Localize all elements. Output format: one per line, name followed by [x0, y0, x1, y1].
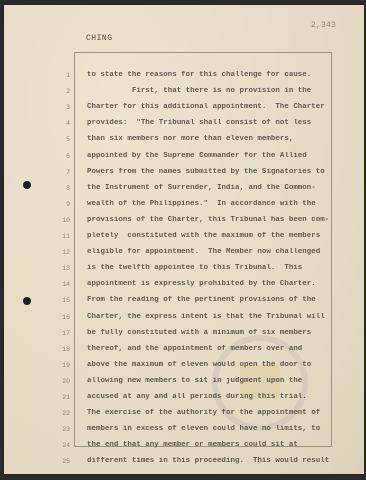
- transcript-line: different times in this proceeding. This…: [87, 457, 329, 465]
- transcript-line: provisions of the Charter, this Tribunal…: [87, 216, 329, 224]
- transcript-line: pletely constituted with the maximum of …: [87, 232, 320, 240]
- transcript-line: wealth of the Philippines." In accordanc…: [87, 200, 316, 208]
- line-number: 20: [54, 378, 70, 385]
- line-number: 1: [54, 72, 70, 79]
- line-number: 7: [54, 169, 70, 176]
- line-number: 18: [54, 346, 70, 353]
- transcript-line: eligible for appointment. The Member now…: [87, 248, 320, 256]
- transcript-line: accused at any and all periods during th…: [87, 393, 307, 401]
- line-number: 11: [54, 233, 70, 240]
- line-number: 17: [54, 330, 70, 337]
- line-number: 13: [54, 265, 70, 272]
- line-number: 3: [54, 104, 70, 111]
- line-number: 16: [54, 314, 70, 321]
- transcript-line: thereof, and the appointment of members …: [87, 345, 302, 353]
- transcript-line: is the twelfth appointee to this Tribuna…: [87, 264, 302, 272]
- line-number: 14: [54, 281, 70, 288]
- transcript-line: appointed by the Supreme Commander for t…: [87, 152, 307, 160]
- line-number: 5: [54, 136, 70, 143]
- line-number: 21: [54, 394, 70, 401]
- line-number: 8: [54, 185, 70, 192]
- line-number: 2: [54, 88, 70, 95]
- line-number: 23: [54, 426, 70, 433]
- transcript-line: the end that any member or members could…: [87, 441, 298, 449]
- punch-hole-icon: [23, 297, 31, 305]
- transcript-line: the Instrument of Surrender, India, and …: [87, 184, 316, 192]
- transcript-line: Charter for this additional appointment.…: [87, 103, 325, 111]
- transcript-line: allowing new members to sit in judgment …: [87, 377, 302, 385]
- line-number: 24: [54, 442, 70, 449]
- transcript-line: The exercise of the authority for the ap…: [87, 409, 320, 417]
- line-number: 25: [54, 458, 70, 465]
- transcript-line: provides: "The Tribunal shall consist of…: [87, 119, 311, 127]
- line-number: 19: [54, 362, 70, 369]
- line-number: 12: [54, 249, 70, 256]
- punch-hole-icon: [23, 181, 31, 189]
- line-number: 9: [54, 201, 70, 208]
- transcript-line: be fully constituted with a minimum of s…: [87, 329, 311, 337]
- transcript-line: above the maximum of eleven would open t…: [87, 361, 311, 369]
- transcript-line: than six members nor more than eleven me…: [87, 135, 293, 143]
- transcript-line: to state the reasons for this challenge …: [87, 71, 311, 79]
- transcript-line: First, that there is no provision in the: [87, 87, 311, 95]
- line-number: 4: [54, 120, 70, 127]
- transcript-line: Charter, the express intent is that the …: [87, 313, 325, 321]
- line-number: 10: [54, 217, 70, 224]
- transcript-line: appointment is expressly prohibited by t…: [87, 280, 316, 288]
- line-number: 6: [54, 153, 70, 160]
- transcript-line: Powers from the names submitted by the S…: [87, 168, 325, 176]
- document-page: 2,343 CHING 1to state the reasons for th…: [4, 5, 364, 474]
- page-number: 2,343: [311, 21, 336, 30]
- line-number: 15: [54, 297, 70, 304]
- transcript-line: members in excess of eleven could have n…: [87, 425, 320, 433]
- line-number: 22: [54, 410, 70, 417]
- speaker-name: CHING: [86, 34, 113, 43]
- transcript-line: From the reading of the pertinent provis…: [87, 296, 316, 304]
